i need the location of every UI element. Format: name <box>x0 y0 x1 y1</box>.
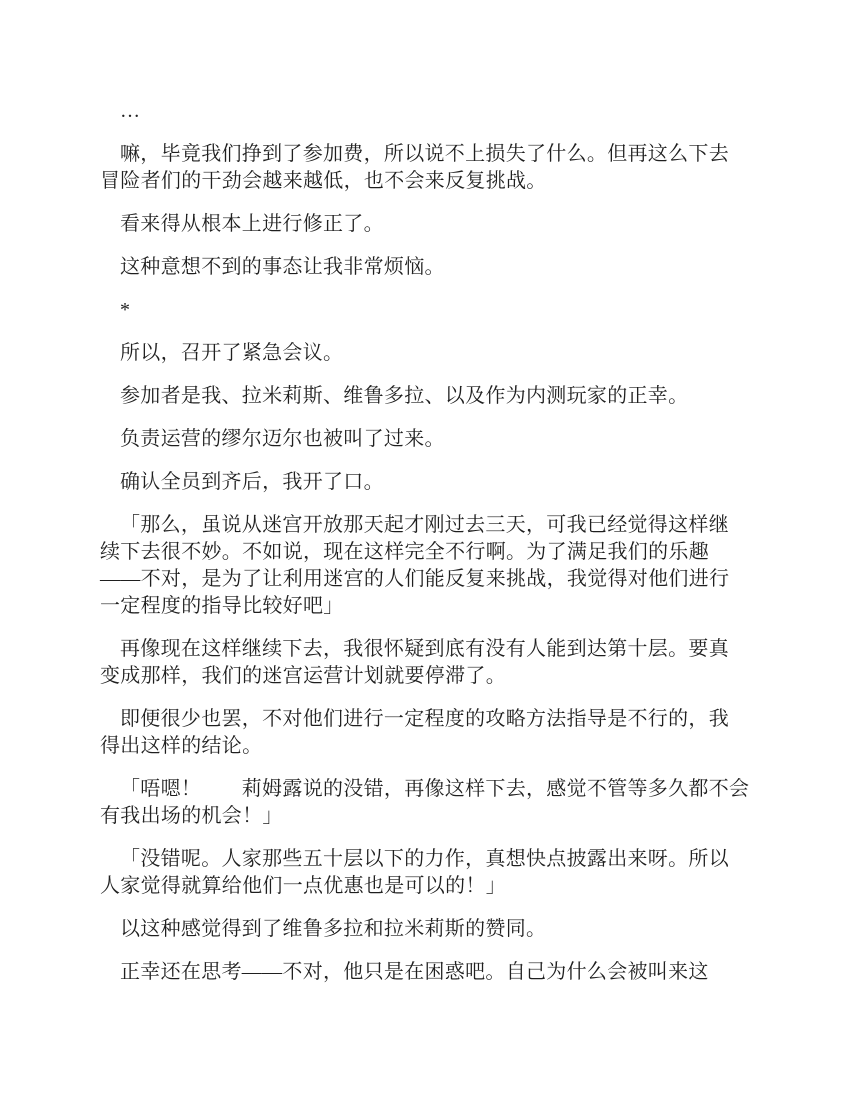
paragraph: 以这种感觉得到了维鲁多拉和拉米莉斯的赞同。 <box>100 916 760 943</box>
scene-break-asterisk: * <box>100 297 760 324</box>
paragraph: 这种意想不到的事态让我非常烦恼。 <box>100 254 760 281</box>
paragraph: 确认全员到齐后，我开了口。 <box>100 469 760 496</box>
paragraph: 即便很少也罢，不对他们进行一定程度的攻略方法指导是不行的，我 得出这样的结论。 <box>100 706 760 760</box>
paragraph: 正幸还在思考——不对，他只是在困惑吧。自己为什么会被叫来这 <box>100 959 760 986</box>
dialogue-paragraph: 「唔嗯！ 莉姆露说的没错，再像这样下去，感觉不管等多久都不会 有我出场的机会！」 <box>100 776 760 830</box>
paragraph: 再像现在这样继续下去，我很怀疑到底有没有人能到达第十层。要真 变成那样，我们的迷… <box>100 636 760 690</box>
book-page: … 嘛，毕竟我们挣到了参加费，所以说不上损失了什么。但再这么下去 冒险者们的干劲… <box>100 98 760 1002</box>
paragraph: 参加者是我、拉米莉斯、维鲁多拉、以及作为内测玩家的正幸。 <box>100 383 760 410</box>
paragraph: 嘛，毕竟我们挣到了参加费，所以说不上损失了什么。但再这么下去 冒险者们的干劲会越… <box>100 141 760 195</box>
dialogue-paragraph: 「那么，虽说从迷宫开放那天起才刚过去三天，可我已经觉得这样继 续下去很不妙。不如… <box>100 512 760 620</box>
ellipsis-mark: … <box>100 98 760 125</box>
paragraph: 所以，召开了紧急会议。 <box>100 340 760 367</box>
paragraph: 看来得从根本上进行修正了。 <box>100 211 760 238</box>
dialogue-paragraph: 「没错呢。人家那些五十层以下的力作，真想快点披露出来呀。所以 人家觉得就算给他们… <box>100 846 760 900</box>
paragraph: 负责运营的缪尔迈尔也被叫了过来。 <box>100 426 760 453</box>
